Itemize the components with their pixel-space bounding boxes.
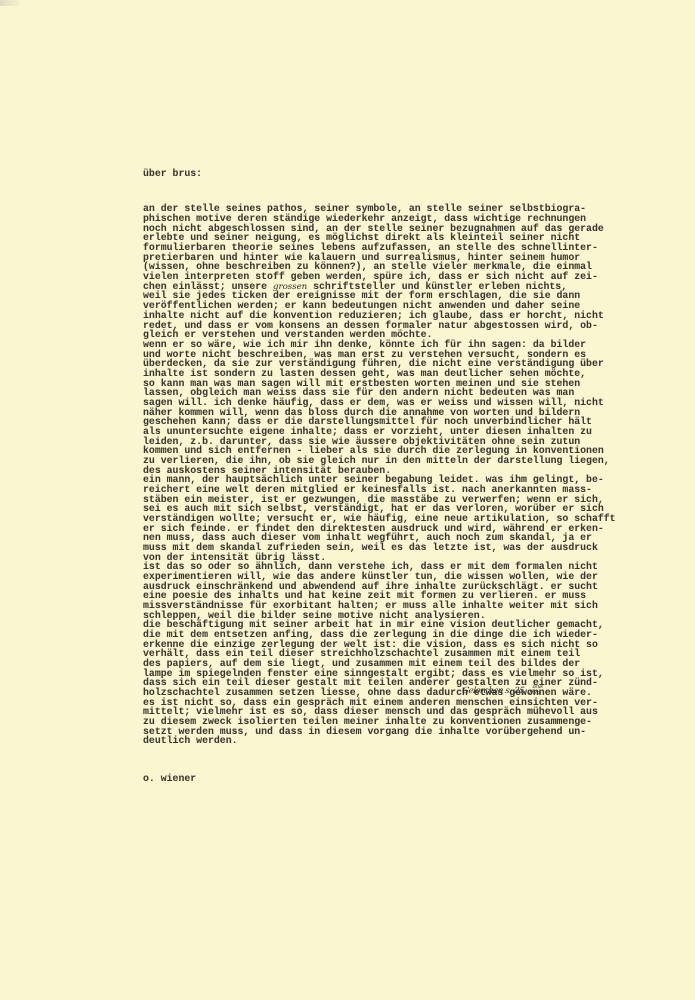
document-page: über brus: an der stelle seines pathos, … — [0, 0, 695, 1000]
scan-corner-mark — [0, 0, 22, 6]
handwritten-annotation: Gelorchan s. 25brusthm — [461, 686, 553, 696]
handwritten-subscript: thm — [528, 689, 540, 696]
handwritten-main: Gelorchan s. 25 — [461, 686, 525, 696]
author-signature: o. wiener — [143, 774, 616, 784]
text-line: deutlich werden. — [143, 736, 616, 746]
typescript-text: über brus: an der stelle seines pathos, … — [143, 150, 616, 804]
document-title: über brus: — [143, 169, 616, 179]
document-body: an der stelle seines pathos, seiner symb… — [143, 204, 616, 746]
